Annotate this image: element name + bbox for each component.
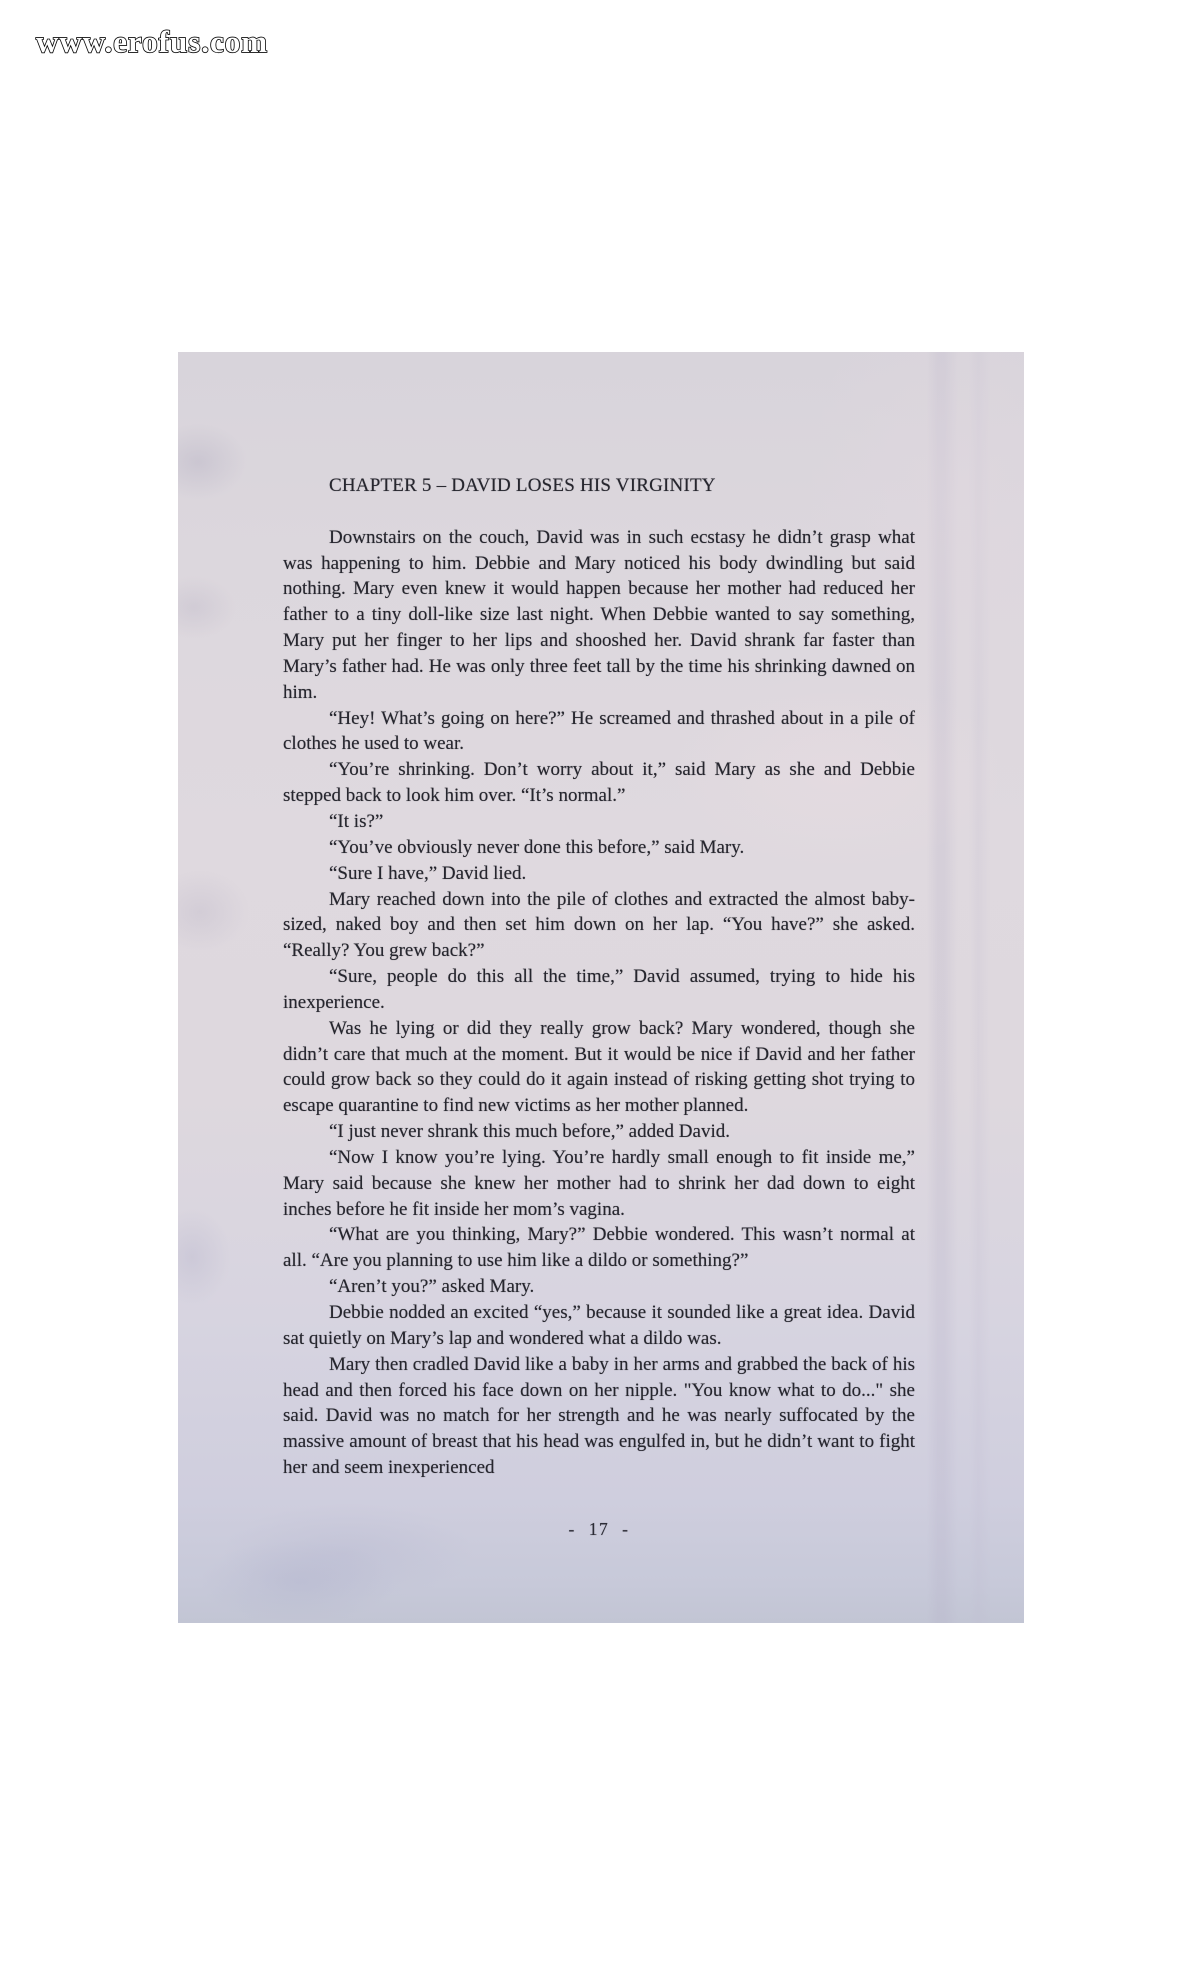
paragraph: “Sure I have,” David lied. (283, 861, 915, 887)
paragraph: “It is?” (283, 809, 915, 835)
paragraph: Mary then cradled David like a baby in h… (283, 1352, 915, 1481)
page-number: - 17 - (283, 1517, 915, 1543)
paragraph: Was he lying or did they really grow bac… (283, 1016, 915, 1119)
paragraph: Downstairs on the couch, David was in su… (283, 525, 915, 706)
page-content: CHAPTER 5 – DAVID LOSES HIS VIRGINITY Do… (178, 352, 1024, 1623)
paragraph: “You’re shrinking. Don’t worry about it,… (283, 757, 915, 809)
paragraph: “What are you thinking, Mary?” Debbie wo… (283, 1222, 915, 1274)
book-page: CHAPTER 5 – DAVID LOSES HIS VIRGINITY Do… (178, 352, 1024, 1623)
paragraph: “Aren’t you?” asked Mary. (283, 1274, 915, 1300)
paragraph: “You’ve obviously never done this before… (283, 835, 915, 861)
paragraph: Mary reached down into the pile of cloth… (283, 887, 915, 965)
scan-canvas: www.erofus.com CHAPTER 5 – DAVID LOSES H… (0, 0, 1200, 1976)
paragraph: “I just never shrank this much before,” … (283, 1119, 915, 1145)
watermark: www.erofus.com (32, 12, 332, 68)
paragraph: “Now I know you’re lying. You’re hardly … (283, 1145, 915, 1223)
paragraph: “Hey! What’s going on here?” He screamed… (283, 706, 915, 758)
chapter-title: CHAPTER 5 – DAVID LOSES HIS VIRGINITY (283, 473, 915, 499)
paragraph: Debbie nodded an excited “yes,” because … (283, 1300, 915, 1352)
paragraph: “Sure, people do this all the time,” Dav… (283, 964, 915, 1016)
watermark-text: www.erofus.com (36, 24, 268, 59)
